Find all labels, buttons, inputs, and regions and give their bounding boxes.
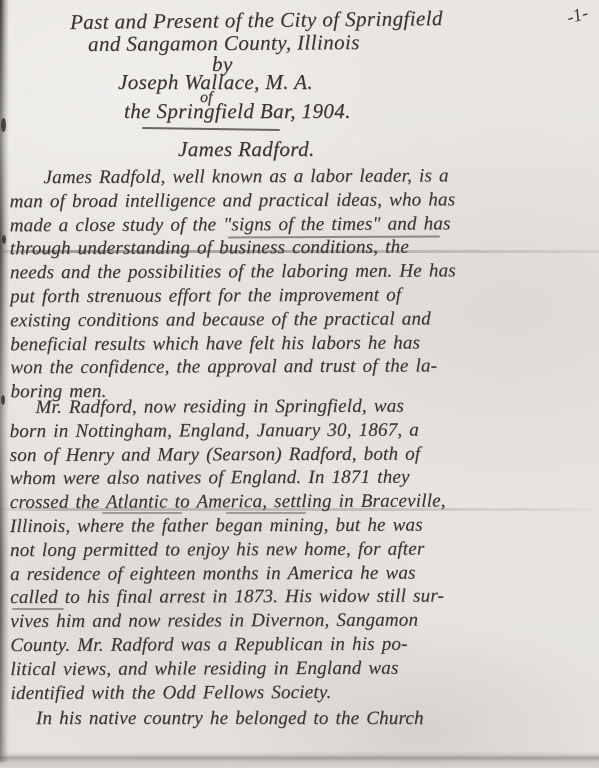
handwritten-line: litical views, and while residing in Eng… — [10, 657, 599, 683]
underline-flourish — [142, 127, 280, 131]
author-name: Joseph Wallace, M. A. — [118, 70, 313, 95]
handwritten-line: existing conditions and because of the p… — [10, 307, 599, 333]
handwritten-line: son of Henry and Mary (Searson) Radford,… — [10, 443, 599, 469]
scan-bottom-page-edge — [0, 751, 599, 768]
handwritten-line: made a close study of the "signs of the … — [10, 212, 599, 238]
paragraph-1: James Radfold, well known as a labor lea… — [9, 165, 599, 406]
scan-left-edge-shadow — [0, 0, 9, 768]
handwritten-line: born in Nottingham, England, January 30,… — [10, 419, 599, 445]
handwritten-line: a residence of eighteen months in Americ… — [10, 562, 599, 588]
paragraph-3: In his native country he belonged to the… — [10, 708, 599, 732]
handwritten-line: called to his final arrest in 1873. His … — [10, 585, 599, 611]
handwritten-line: whom were also natives of England. In 18… — [10, 466, 599, 492]
section-heading: James Radford. — [178, 137, 315, 162]
handwritten-line: through understanding of business condit… — [10, 236, 599, 262]
handwritten-line: County. Mr. Radford was a Republican in … — [10, 633, 599, 659]
handwritten-line: man of broad intelligence and practical … — [10, 189, 599, 215]
handwritten-line: James Radfold, well known as a labor lea… — [9, 165, 598, 191]
handwritten-line: beneficial results which have felt his l… — [10, 331, 599, 357]
author-affiliation: the Springfield Bar, 1904. — [124, 99, 351, 124]
handwritten-line: Illinois, where the father began mining,… — [10, 514, 599, 540]
handwritten-line: won the confidence, the approval and tru… — [10, 355, 599, 381]
handwritten-line: put forth strenuous effort for the impro… — [10, 284, 599, 310]
page-number: -1- — [565, 3, 591, 29]
handwritten-line: identified with the Odd Fellows Society. — [10, 681, 599, 707]
paragraph-2: Mr. Radford, now residing in Springfield… — [9, 395, 599, 706]
scanned-page: -1- Past and Present of the City of Spri… — [0, 0, 599, 768]
handwritten-line: Mr. Radford, now residing in Springfield… — [9, 395, 598, 421]
handwritten-line: In his native country he belonged to the… — [10, 708, 599, 732]
handwritten-line: needs and the possibilities of the labor… — [10, 260, 599, 286]
handwritten-line: not long permitted to enjoy his new home… — [10, 538, 599, 564]
handwritten-line: crossed the Atlantic to America, settlin… — [10, 490, 599, 516]
handwritten-line: vives him and now resides in Divernon, S… — [10, 609, 599, 635]
